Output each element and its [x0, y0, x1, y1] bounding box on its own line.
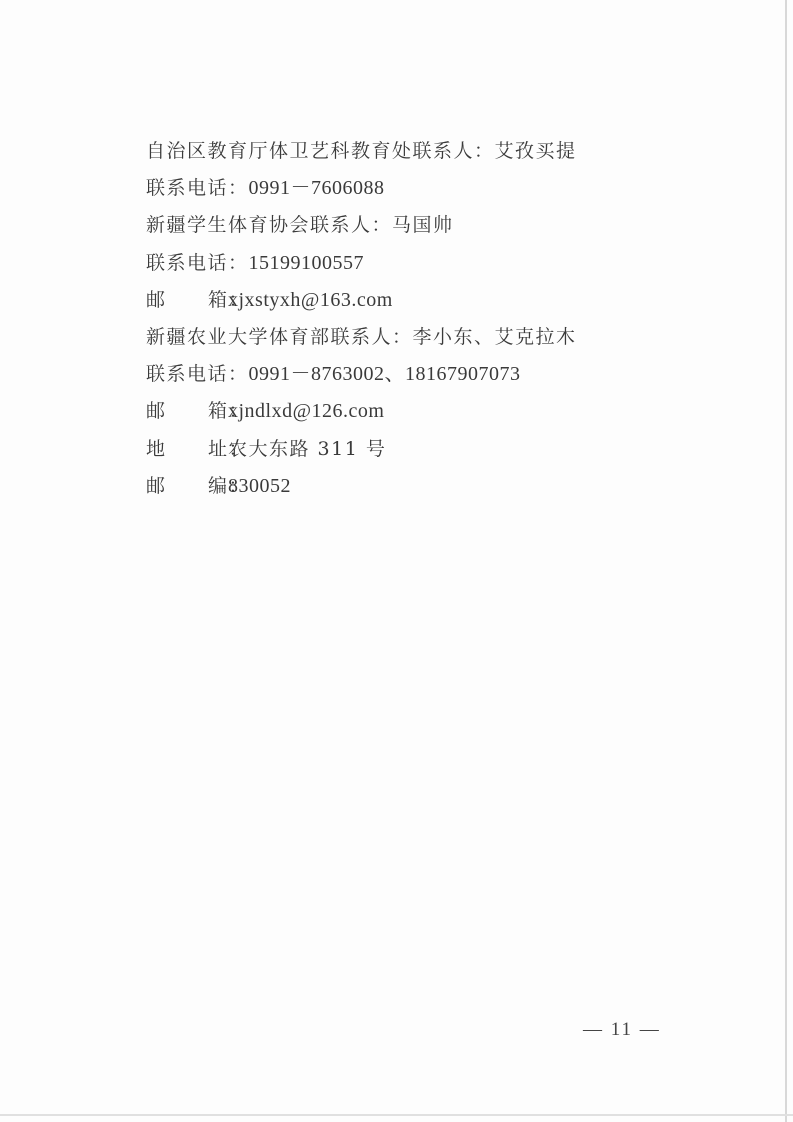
page-edge: [785, 0, 787, 1122]
line-value: 0991－7606088: [249, 177, 385, 199]
line-label-a: 邮: [146, 468, 208, 505]
contact-line-education-dept: 自治区教育厅体卫艺科教育处联系人：艾孜买提: [146, 133, 577, 170]
line-value: 艾孜买提: [495, 140, 577, 162]
line-label-a: 地: [146, 431, 208, 468]
line-value: 李小东、艾克拉木: [413, 326, 577, 348]
contact-line-email: 邮箱：xjxstyxh@163.com: [146, 282, 577, 319]
line-label-a: 邮: [146, 393, 208, 430]
line-label: 新疆农业大学体育部联系人：: [146, 326, 413, 348]
postcode-value: 830052: [228, 475, 291, 497]
address-value: 农大东路 311 号: [228, 438, 386, 460]
page-edge: [0, 1114, 793, 1116]
email-value: xjndlxd@126.com: [228, 400, 384, 422]
contact-line-phone: 联系电话：0991－8763002、18167907073: [146, 356, 577, 393]
line-value: 0991－8763002、18167907073: [249, 363, 521, 385]
line-label: 联系电话：: [146, 252, 249, 274]
line-label: 自治区教育厅体卫艺科教育处联系人：: [146, 140, 495, 162]
contact-info-block: 自治区教育厅体卫艺科教育处联系人：艾孜买提 联系电话：0991－7606088 …: [146, 133, 577, 505]
contact-line-agri-university: 新疆农业大学体育部联系人：李小东、艾克拉木: [146, 319, 577, 356]
contact-line-postcode: 邮编：830052: [146, 468, 577, 505]
line-value: 15199100557: [249, 252, 365, 274]
contact-line-phone: 联系电话：15199100557: [146, 245, 577, 282]
line-label: 联系电话：: [146, 363, 249, 385]
contact-line-student-sports-assoc: 新疆学生体育协会联系人：马国帅: [146, 207, 577, 244]
email-value: xjxstyxh@163.com: [228, 289, 393, 311]
line-label-a: 邮: [146, 282, 208, 319]
page-number: — 11 —: [583, 1019, 661, 1041]
contact-line-address: 地址：农大东路 311 号: [146, 431, 577, 468]
contact-line-email: 邮箱：xjndlxd@126.com: [146, 393, 577, 430]
line-value: 马国帅: [392, 214, 454, 236]
contact-line-phone: 联系电话：0991－7606088: [146, 170, 577, 207]
line-label: 联系电话：: [146, 177, 249, 199]
line-label: 新疆学生体育协会联系人：: [146, 214, 392, 236]
